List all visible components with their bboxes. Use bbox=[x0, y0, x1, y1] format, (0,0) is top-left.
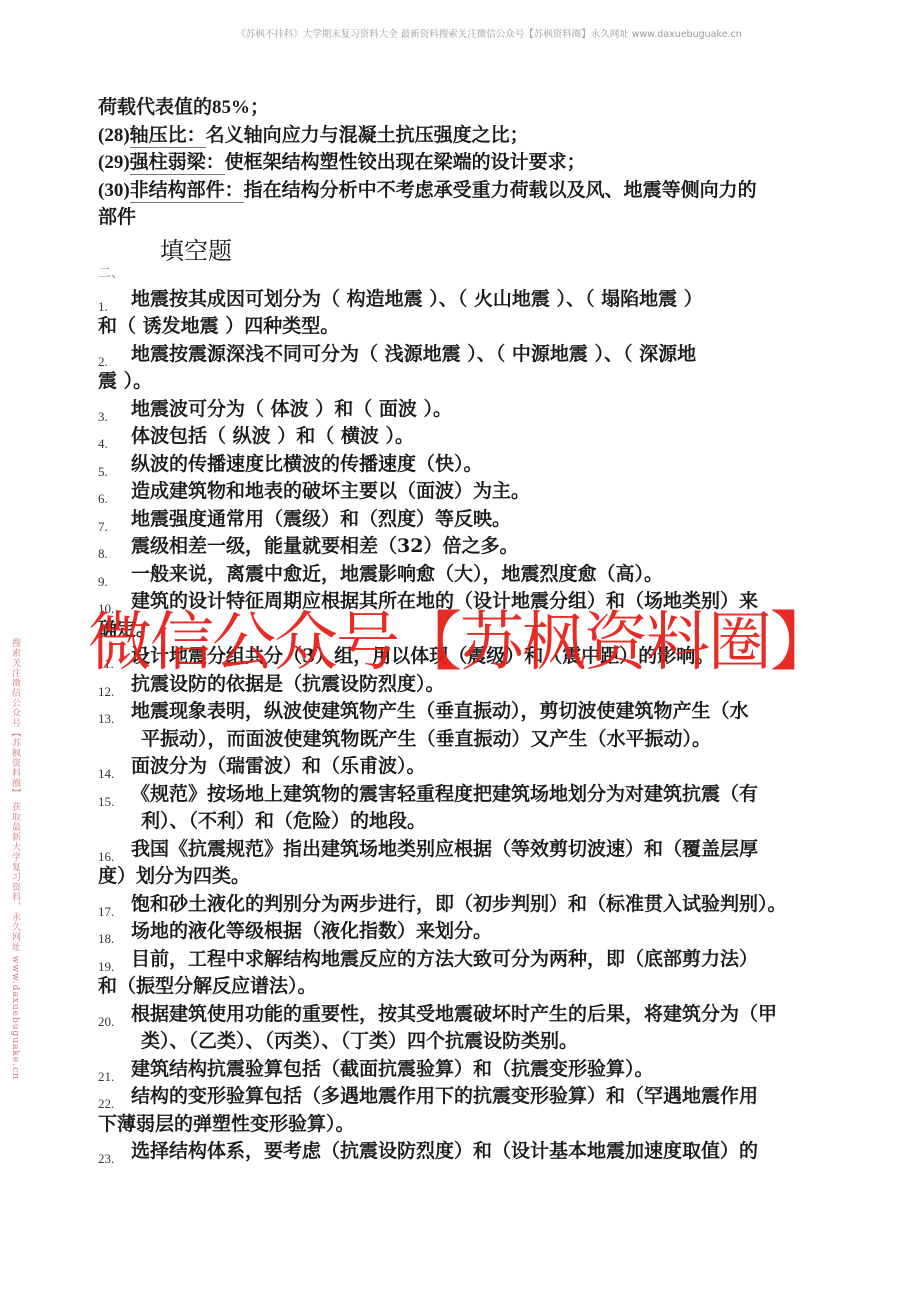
question-text: 地震强度通常用（震级）和（烈度）等反映。 bbox=[131, 506, 833, 534]
question-item-14: 14. 面波分为（瑞雷波）和（乐甫波）。 bbox=[98, 753, 833, 781]
question-item-10: 10. 建筑的设计特征周期应根据其所在地的（设计地震分组）和（场地类别）来 确定… bbox=[98, 588, 833, 643]
definition-term: 非结构部件： bbox=[130, 179, 244, 203]
question-item-16: 16. 我国《抗震规范》指出建筑场地类别应根据（等效剪切波速）和（覆盖层厚 度）… bbox=[98, 836, 833, 891]
question-text: 地震按震源深浅不同可分为（ 浅源地震 ）、（ 中源地震 ）、（ 深源地 bbox=[131, 341, 833, 369]
definition-29: (29)强柱弱梁：使框架结构塑性铰出现在梁端的设计要求； bbox=[98, 149, 833, 177]
question-text: 造成建筑物和地表的破坏主要以（面波）为主。 bbox=[131, 478, 833, 506]
definition-term: 强柱弱梁： bbox=[130, 151, 225, 175]
question-number: 19. bbox=[98, 953, 114, 981]
question-text: 选择结构体系，要考虑（抗震设防烈度）和（设计基本地震加速度取值）的 bbox=[131, 1138, 833, 1166]
question-text-continued: 确定。 bbox=[98, 616, 833, 644]
question-text: 目前，工程中求解结构地震反应的方法大致可分为两种，即（底部剪力法） bbox=[131, 946, 833, 974]
intro-end: ； bbox=[250, 96, 269, 118]
question-number: 13. bbox=[98, 705, 114, 733]
question-text: 结构的变形验算包括（多遇地震作用下的抗震变形验算）和（罕遇地震作用 bbox=[131, 1083, 833, 1111]
question-text: 一般来说，离震中愈近，地震影响愈（大），地震烈度愈（高）。 bbox=[131, 561, 833, 589]
question-text-continued: 度）划分为四类。 bbox=[98, 863, 833, 891]
question-item-15: 15. 《规范》按场地上建筑物的震害轻重程度把建筑场地划分为对建筑抗震（有 利）… bbox=[98, 781, 833, 836]
definition-text: 名义轴向应力与混凝土抗压强度之比； bbox=[206, 124, 529, 146]
document-body: 荷载代表值的85%； (28)轴压比：名义轴向应力与混凝土抗压强度之比； (29… bbox=[98, 94, 833, 1166]
question-text-continued: 下薄弱层的弹塑性变形验算）。 bbox=[98, 1111, 833, 1139]
question-text: 地震按其成因可划分为（ 构造地震 ）、（ 火山地震 ）、（ 塌陷地震 ） bbox=[131, 286, 833, 314]
question-item-21: 21. 建筑结构抗震验算包括（截面抗震验算）和（抗震变形验算）。 bbox=[98, 1056, 833, 1084]
question-item-3: 3. 地震波可分为（ 体波 ）和（ 面波 ）。 bbox=[98, 396, 833, 424]
question-text-continued: 类）、（乙类）、（丙类）、（丁类）四个抗震设防类别。 bbox=[131, 1028, 833, 1056]
section-title: 填空题 bbox=[160, 238, 232, 266]
question-text: 场地的液化等级根据（液化指数）来划分。 bbox=[131, 918, 833, 946]
definition-30: (30)非结构部件：指在结构分析中不考虑承受重力荷载以及风、地震等侧向力的 部件 bbox=[98, 177, 833, 232]
question-number: 15. bbox=[98, 788, 114, 816]
question-item-20: 20. 根据建筑使用功能的重要性，按其受地震破坏时产生的后果，将建筑分为（甲 类… bbox=[98, 1001, 833, 1056]
question-text-continued: 震 ）。 bbox=[98, 368, 833, 396]
question-text-continued: 和（振型分解反应谱法）。 bbox=[98, 973, 833, 1001]
definition-text: 使框架结构塑性铰出现在梁端的设计要求； bbox=[225, 151, 586, 173]
question-number: 10. bbox=[98, 595, 114, 623]
question-item-2: 2. 地震按震源深浅不同可分为（ 浅源地震 ）、（ 中源地震 ）、（ 深源地 震… bbox=[98, 341, 833, 396]
question-number: 23. bbox=[98, 1145, 114, 1173]
question-item-9: 9. 一般来说，离震中愈近，地震影响愈（大），地震烈度愈（高）。 bbox=[98, 561, 833, 589]
question-item-23: 23. 选择结构体系，要考虑（抗震设防烈度）和（设计基本地震加速度取值）的 bbox=[98, 1138, 833, 1166]
question-text: 建筑的设计特征周期应根据其所在地的（设计地震分组）和（场地类别）来 bbox=[131, 588, 833, 616]
side-watermark: 搜索关注微信公众号【苏枫资料圈】 获取最新大学复习资料，永久网址 www.dax… bbox=[8, 638, 22, 1080]
question-text: 地震波可分为（ 体波 ）和（ 面波 ）。 bbox=[131, 396, 833, 424]
question-number: 2. bbox=[98, 348, 108, 376]
definition-number: (29) bbox=[98, 152, 130, 173]
question-text: 设计地震分组共分（3）组，用以体现（震级）和（震中距）的影响。 bbox=[131, 643, 833, 671]
question-number: 20. bbox=[98, 1008, 114, 1036]
question-item-19: 19. 目前，工程中求解结构地震反应的方法大致可分为两种，即（底部剪力法） 和（… bbox=[98, 946, 833, 1001]
question-text: 地震现象表明，纵波使建筑物产生（垂直振动），剪切波使建筑物产生（水 bbox=[131, 698, 833, 726]
question-text: 面波分为（瑞雷波）和（乐甫波）。 bbox=[131, 753, 833, 781]
intro-text: 荷载代表值的 bbox=[98, 96, 212, 118]
definition-number: (30) bbox=[98, 180, 130, 201]
question-item-12: 12. 抗震设防的依据是（抗震设防烈度）。 bbox=[98, 671, 833, 699]
question-text-continued: 和（ 诱发地震 ）四种类型。 bbox=[98, 313, 833, 341]
section-number: 二、 bbox=[98, 260, 124, 288]
intro-percentage: 85% bbox=[212, 97, 250, 118]
question-item-7: 7. 地震强度通常用（震级）和（烈度）等反映。 bbox=[98, 506, 833, 534]
question-text: 震级相差一级，能量就要相差（32）倍之多。 bbox=[131, 533, 833, 561]
definition-text-continued: 部件 bbox=[98, 204, 833, 232]
question-item-1: 1. 地震按其成因可划分为（ 构造地震 ）、（ 火山地震 ）、（ 塌陷地震 ） … bbox=[98, 286, 833, 341]
question-text: 《规范》按场地上建筑物的震害轻重程度把建筑场地划分为对建筑抗震（有 bbox=[131, 781, 833, 809]
question-item-13: 13. 地震现象表明，纵波使建筑物产生（垂直振动），剪切波使建筑物产生（水 平振… bbox=[98, 698, 833, 753]
question-text: 饱和砂土液化的判别分为两步进行，即（初步判别）和（标准贯入试验判别）。 bbox=[131, 891, 833, 919]
question-text: 抗震设防的依据是（抗震设防烈度）。 bbox=[131, 671, 833, 699]
question-item-18: 18. 场地的液化等级根据（液化指数）来划分。 bbox=[98, 918, 833, 946]
question-text-continued: 平振动），而面波使建筑物既产生（垂直振动）又产生（水平振动）。 bbox=[131, 726, 833, 754]
question-text-continued: 利）、（不利）和（危险）的地段。 bbox=[131, 808, 833, 836]
header-watermark: 《苏枫不挂科》大学期末复习资料大全 最新资料搜索关注微信公众号【苏枫资料圈】永久… bbox=[0, 26, 918, 40]
question-text: 建筑结构抗震验算包括（截面抗震验算）和（抗震变形验算）。 bbox=[131, 1056, 833, 1084]
question-item-8: 8. 震级相差一级，能量就要相差（32）倍之多。 bbox=[98, 533, 833, 561]
question-number: 1. bbox=[98, 293, 108, 321]
question-item-22: 22. 结构的变形验算包括（多遇地震作用下的抗震变形验算）和（罕遇地震作用 下薄… bbox=[98, 1083, 833, 1138]
question-number: 16. bbox=[98, 843, 114, 871]
question-text: 体波包括（ 纵波 ）和（ 横波 ）。 bbox=[131, 423, 833, 451]
definition-text: 指在结构分析中不考虑承受重力荷载以及风、地震等侧向力的 bbox=[244, 179, 757, 201]
definition-term: 轴压比： bbox=[130, 124, 206, 148]
question-item-4: 4. 体波包括（ 纵波 ）和（ 横波 ）。 bbox=[98, 423, 833, 451]
section-header: 二、 填空题 bbox=[98, 238, 833, 286]
question-text: 我国《抗震规范》指出建筑场地类别应根据（等效剪切波速）和（覆盖层厚 bbox=[131, 836, 833, 864]
fill-blank-list: 1. 地震按其成因可划分为（ 构造地震 ）、（ 火山地震 ）、（ 塌陷地震 ） … bbox=[98, 286, 833, 1166]
intro-line: 荷载代表值的85%； bbox=[98, 94, 833, 122]
question-text: 纵波的传播速度比横波的传播速度（快）。 bbox=[131, 451, 833, 479]
question-item-11: 11. 设计地震分组共分（3）组，用以体现（震级）和（震中距）的影响。 bbox=[98, 643, 833, 671]
definition-number: (28) bbox=[98, 125, 130, 146]
question-item-6: 6. 造成建筑物和地表的破坏主要以（面波）为主。 bbox=[98, 478, 833, 506]
definition-28: (28)轴压比：名义轴向应力与混凝土抗压强度之比； bbox=[98, 122, 833, 150]
question-text: 根据建筑使用功能的重要性，按其受地震破坏时产生的后果，将建筑分为（甲 bbox=[131, 1001, 833, 1029]
question-item-5: 5. 纵波的传播速度比横波的传播速度（快）。 bbox=[98, 451, 833, 479]
question-item-17: 17. 饱和砂土液化的判别分为两步进行，即（初步判别）和（标准贯入试验判别）。 bbox=[98, 891, 833, 919]
question-number: 22. bbox=[98, 1090, 114, 1118]
